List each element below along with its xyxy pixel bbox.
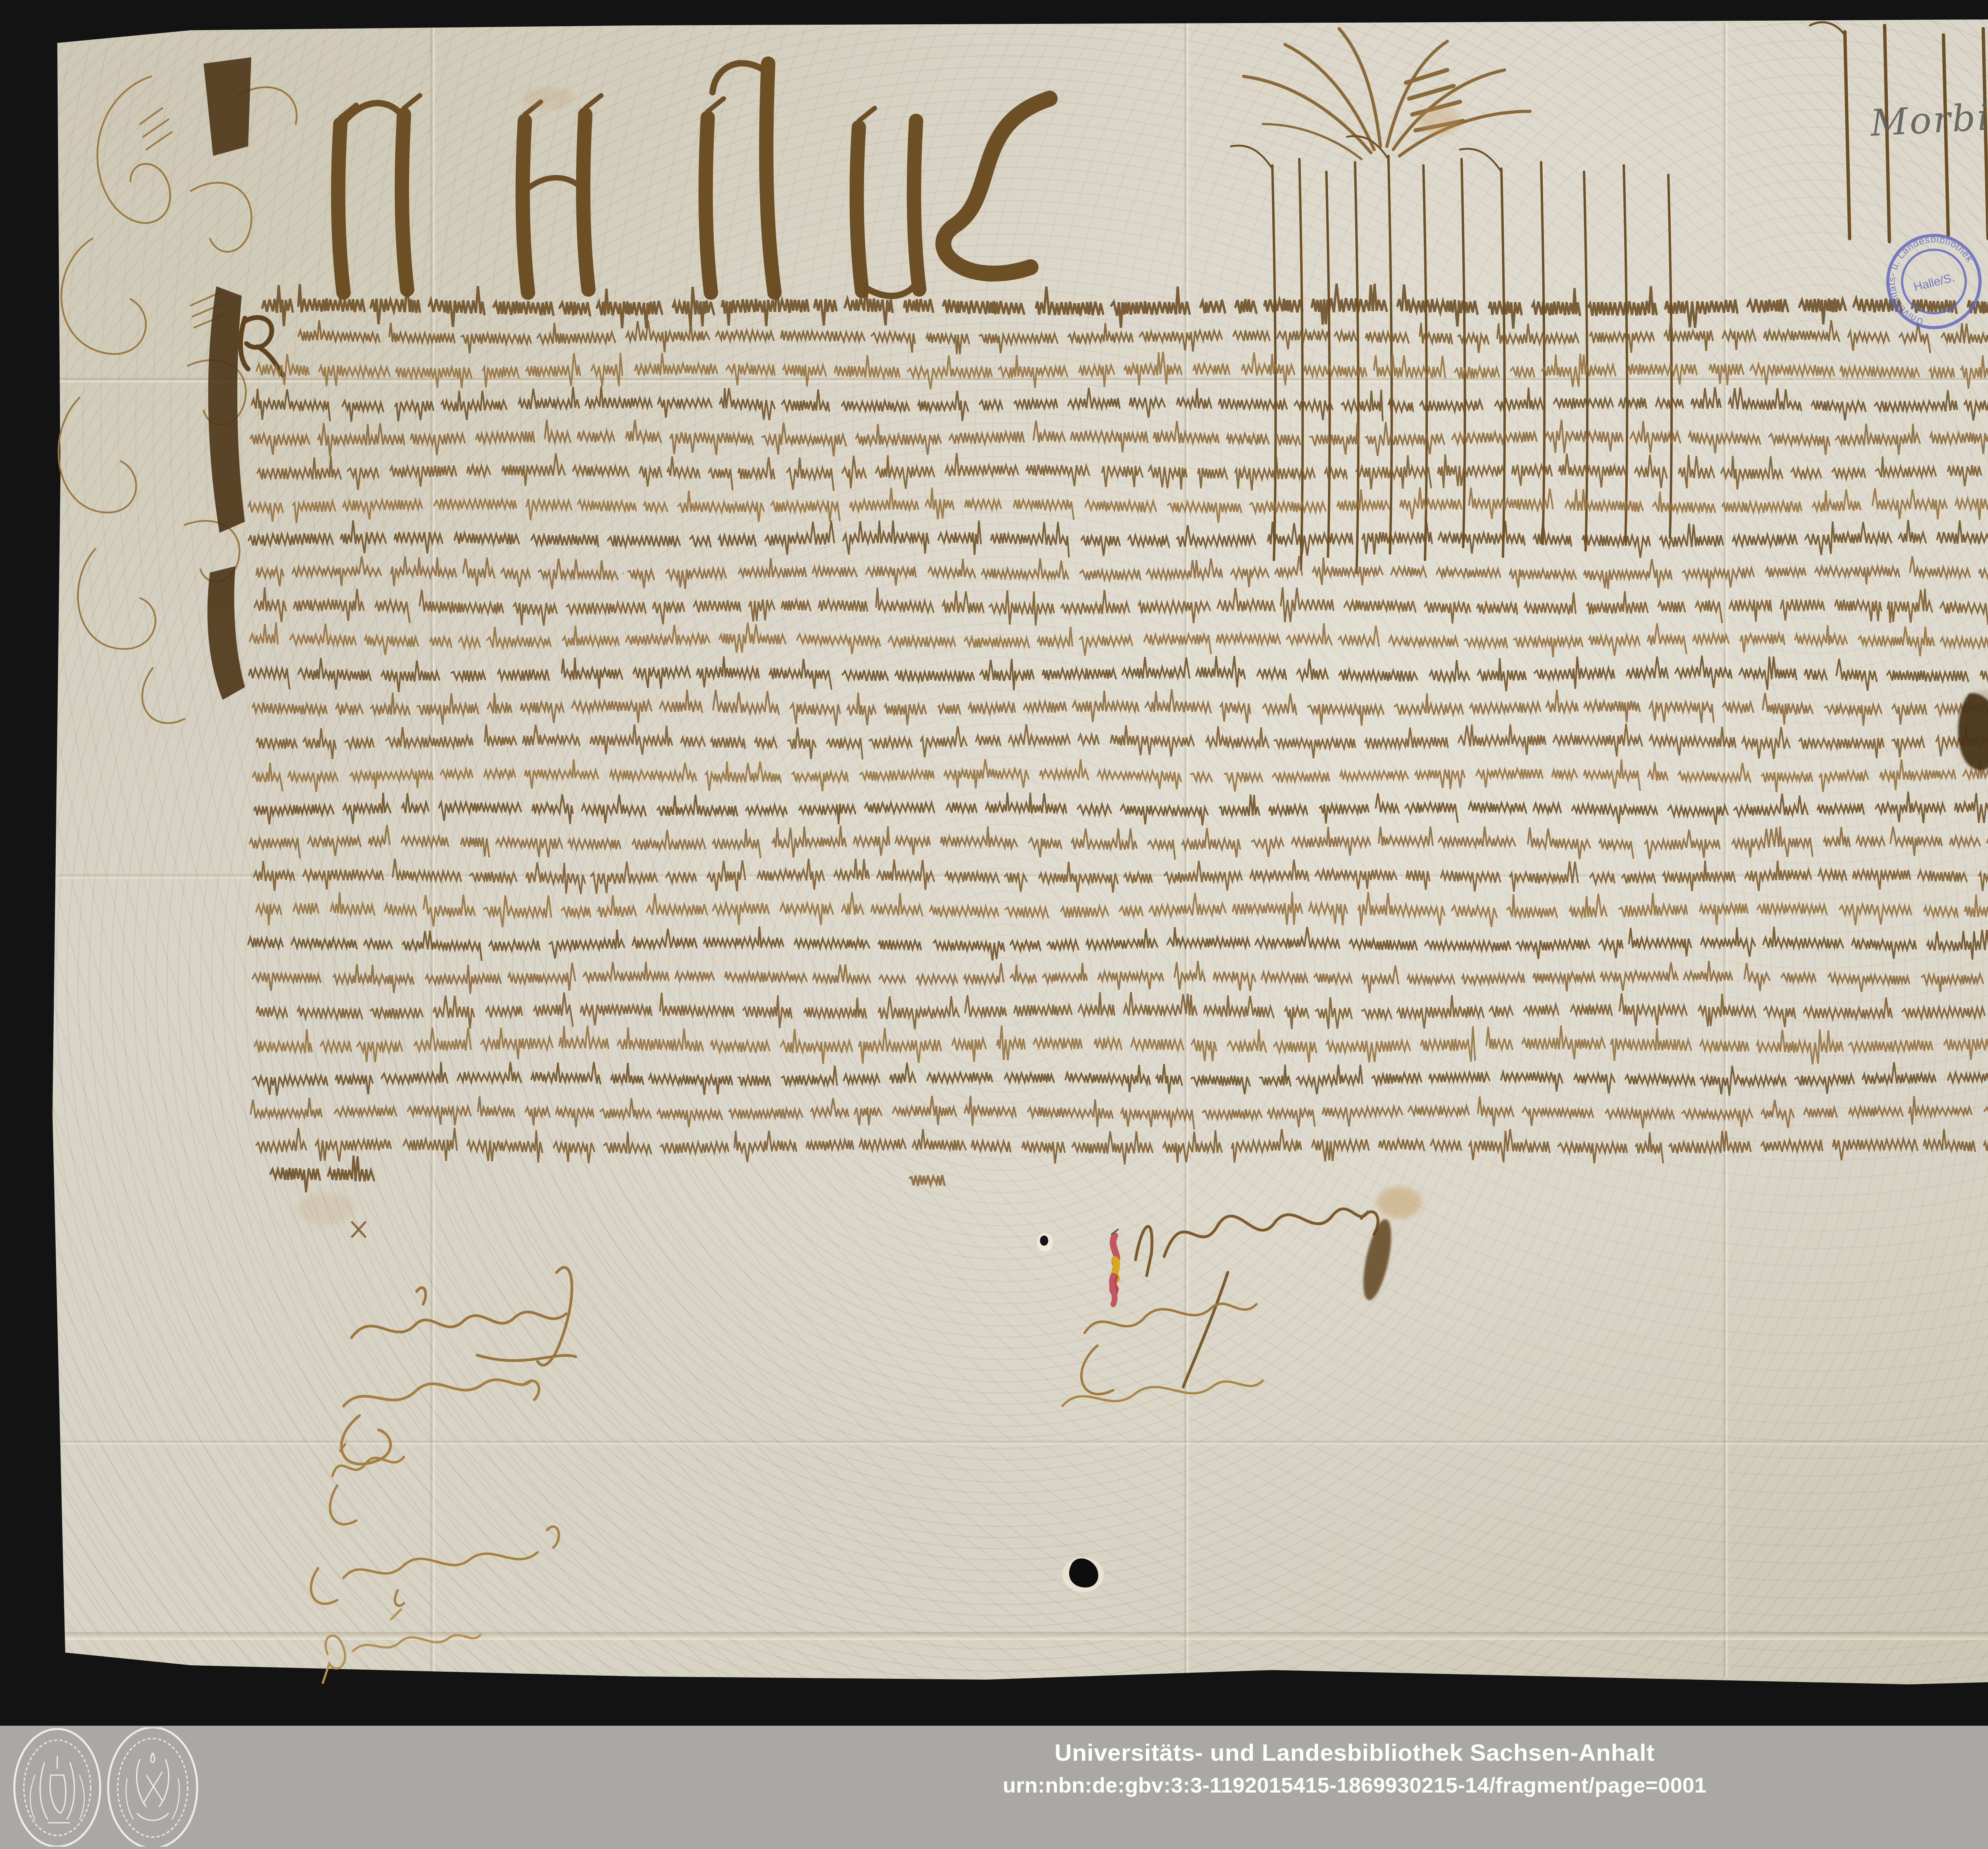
calligraphic-plume (1244, 29, 1530, 159)
illuminated-header-letters (338, 63, 1050, 296)
cross-mark (351, 1222, 366, 1237)
bottom-note (323, 1610, 480, 1683)
signature-center-middle (1081, 1304, 1256, 1394)
signature-left-upper (351, 1267, 576, 1365)
manuscript-artwork-layer (0, 0, 1988, 1849)
signature-center-upper (1136, 1209, 1378, 1387)
ink-smear (1358, 1187, 1422, 1303)
parchment-hole (1062, 1557, 1104, 1592)
urn-identifier: urn:nbn:de:gbv:3:3-1192015415-1869930215… (0, 1773, 1988, 1797)
stain (297, 1193, 355, 1225)
parchment-hole-small (1037, 1233, 1053, 1252)
signature-left-lower (342, 1380, 539, 1464)
cadel-initial-ornament (58, 76, 297, 723)
signature-bottom-left-1 (330, 1444, 404, 1524)
stain (1419, 107, 1460, 135)
signature-bottom-left-2 (311, 1527, 559, 1606)
library-name: Universitäts- und Landesbibliothek Sachs… (0, 1740, 1988, 1767)
ink-blot (1958, 690, 1988, 773)
digitized-manuscript-scan: Morbio 25 (27) Universitäts- u. Landesbi… (0, 0, 1988, 1849)
manuscript-body-text (241, 284, 1988, 1164)
stain (523, 87, 574, 110)
dating-line-fragments (270, 1156, 1988, 1237)
footer-bar: Universitäts- und Landesbibliothek Sachs… (0, 1726, 1988, 1849)
stamp-center-text: Halle/S. (1912, 271, 1956, 294)
seal-threads (1112, 1229, 1118, 1304)
